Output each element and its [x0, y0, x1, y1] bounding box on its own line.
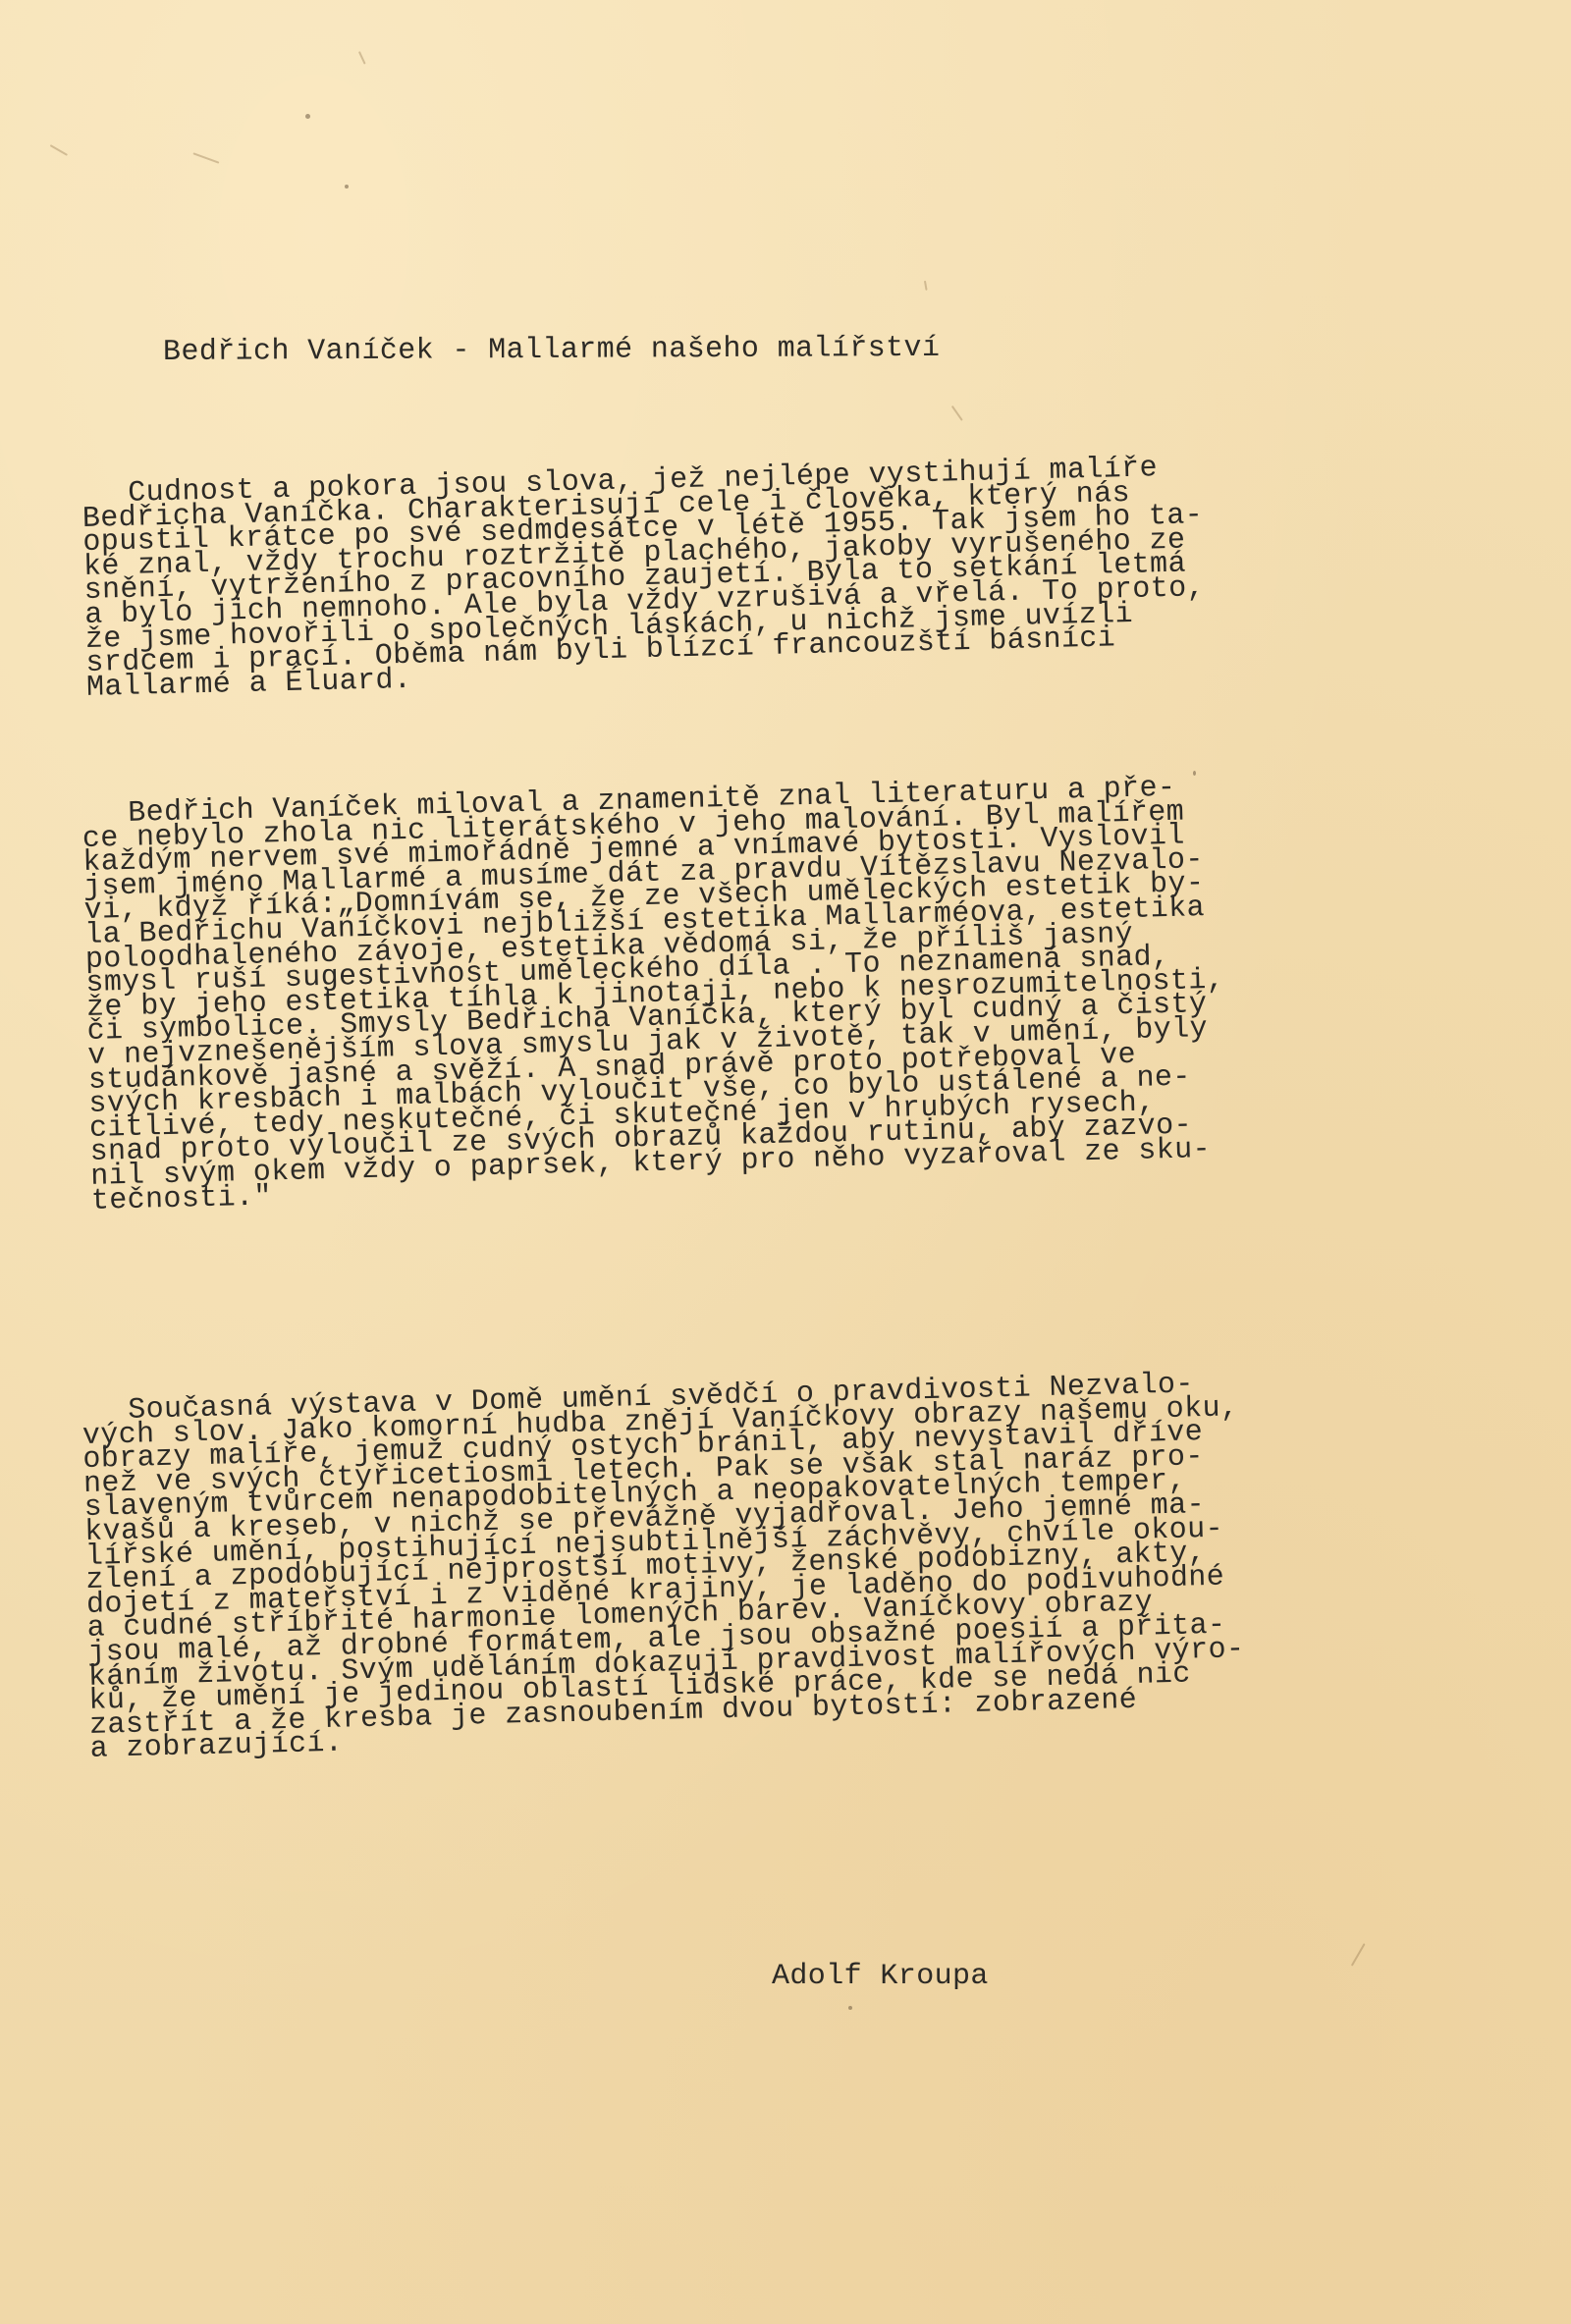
paper-speck — [345, 185, 349, 189]
paragraph-1: Cudnost a pokora jsou slova, jež nejlépe… — [81, 451, 1402, 700]
paper-speck — [305, 114, 310, 119]
paragraph-2: Bedřich Vaníček miloval a znamenitě znal… — [81, 771, 1407, 1214]
paper-speck — [848, 2006, 852, 2010]
author-signature: Adolf Kroupa — [772, 1960, 989, 1993]
document-title: Bedřich Vaníček - Mallarmé našeho malířs… — [163, 332, 940, 369]
paragraph-3: Současná výstava v Domě umění svědčí o p… — [81, 1368, 1406, 1762]
